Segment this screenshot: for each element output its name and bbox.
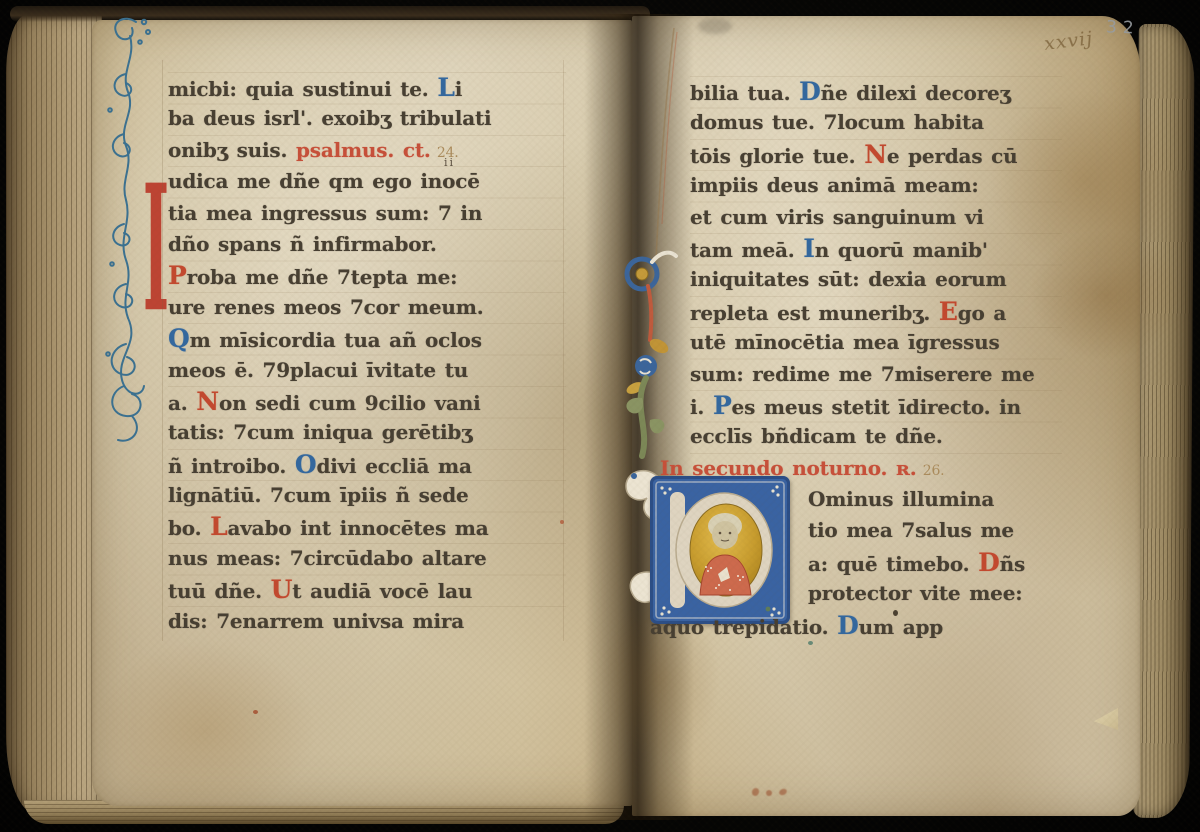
- body-text: ñs: [1000, 552, 1025, 576]
- svg-text:I: I: [143, 148, 169, 328]
- colored-initial: E: [939, 297, 958, 326]
- body-text: a: quē timebo.: [808, 552, 978, 576]
- manuscript-text-line: tōis glorie tue. Ne perdas cū: [690, 139, 1062, 170]
- body-text: sum: redime me 7miserere me: [690, 362, 1035, 386]
- manuscript-text-line: tio mea 7salus me: [808, 515, 1064, 546]
- colored-initial: L: [437, 73, 454, 102]
- offset-ink-mark: [766, 790, 772, 796]
- manuscript-text-line: Qm mīsicordia tua añ oclos: [168, 323, 566, 354]
- manuscript-text-line: dño spans ñ infirmabor.: [168, 229, 566, 260]
- manuscript-text-line: utē mīnocētia mea īgressus: [690, 327, 1062, 358]
- body-text: roba me dñe 7tepta me:: [187, 265, 458, 289]
- colored-initial: D: [799, 77, 820, 106]
- manuscript-text-line: et cum viris sanguinum vi: [690, 202, 1062, 233]
- manuscript-text-line: dis: 7enarrem univsa mira: [168, 606, 566, 637]
- body-text: ñe dilexi decoreʒ: [821, 81, 1011, 105]
- rubric-text: In secundo noturno. ʀ.: [660, 456, 917, 480]
- manuscript-text-line: i. Pes meus stetit īdirecto. in: [690, 390, 1062, 421]
- body-text: ñ introibo.: [168, 454, 295, 478]
- manuscript-text-line: ecclīs bñdicam te dñe.: [690, 421, 1062, 452]
- colored-initial: Q: [168, 324, 190, 353]
- body-text: t audiā vocē lau: [292, 579, 472, 603]
- manuscript-text-line: a. Non sedi cum 9cilio vani: [168, 386, 566, 417]
- interlinear-correction: ii: [444, 156, 455, 169]
- manuscript-text-line: aquo trepidatio. Dum app: [650, 610, 1070, 641]
- body-text: nus meas: 7circūdabo altare: [168, 546, 487, 570]
- body-text: iniquitates sūt: dexia eorum: [690, 267, 1006, 291]
- rubric-text: psalmus. ct.: [296, 138, 431, 162]
- colored-initial: P: [713, 391, 732, 420]
- folio-number-pencil: 32: [1106, 17, 1140, 38]
- body-text: tōis glorie tue.: [690, 144, 864, 168]
- body-text: micbi: quia sustinui te.: [168, 77, 437, 101]
- manuscript-text-line: onibʒ suis. psalmus. ct. 24.: [168, 135, 566, 166]
- colored-initial: D: [978, 548, 999, 577]
- manuscript-text-line: a: quē timebo. Dñs: [808, 547, 1064, 578]
- body-text: tio mea 7salus me: [808, 518, 1014, 542]
- body-text: Ominus illumina: [808, 487, 994, 511]
- manuscript-text-line: domus tue. 7locum habita: [690, 107, 1062, 138]
- body-text: go a: [958, 301, 1006, 325]
- manuscript-text-line: tam meā. In quorū manib': [690, 233, 1062, 264]
- manuscript-text-line: protector vite mee:: [808, 578, 1064, 609]
- manuscript-text-line: impiis deus animā meam:: [690, 170, 1062, 201]
- body-text: tam meā.: [690, 238, 803, 262]
- manuscript-text-line: In secundo noturno. ʀ. 26.: [660, 453, 1062, 484]
- body-text: bilia tua.: [690, 81, 799, 105]
- colored-initial: N: [196, 387, 219, 416]
- body-text: i.: [690, 395, 713, 419]
- body-text: a.: [168, 391, 196, 415]
- manuscript-text-line: nus meas: 7circūdabo altare: [168, 543, 566, 574]
- body-text: lignātiū. 7cum īpiis ñ sede: [168, 483, 469, 507]
- historiated-initial-D: D: [650, 476, 790, 624]
- marginal-number: 26.: [917, 463, 945, 479]
- body-text: tia mea ingressus sum: 7 in: [168, 201, 482, 225]
- body-text: impiis deus animā meam:: [690, 173, 979, 197]
- red-speck: [253, 710, 258, 714]
- body-text: ure renes meos 7cor meum.: [168, 295, 483, 319]
- manuscript-photo: I D: [0, 0, 1200, 832]
- body-text: i: [455, 77, 462, 101]
- manuscript-text-line: iniquitates sūt: dexia eorum: [690, 264, 1062, 295]
- manuscript-text-line: ba deus isrl'. exoibʒ tribulati: [168, 103, 566, 134]
- teal-speck: [808, 641, 813, 645]
- right-text-column-beside-initial: Ominus illuminatio mea 7salus mea: quē t…: [808, 484, 1064, 610]
- body-text: ba deus isrl'. exoibʒ tribulati: [168, 106, 491, 130]
- body-text: repleta est muneribʒ.: [690, 301, 939, 325]
- body-text: on sedi cum 9cilio vani: [219, 391, 481, 415]
- colored-initial: P: [168, 261, 187, 290]
- body-text: aquo trepidatio.: [650, 615, 837, 639]
- manuscript-text-line: Proba me dñe 7tepta me:: [168, 260, 566, 291]
- body-text: m mīsicordia tua añ oclos: [190, 328, 482, 352]
- colored-initial: L: [210, 512, 227, 541]
- body-text: n quorū manib': [815, 238, 988, 262]
- manuscript-text-line: sum: redime me 7miserere me: [690, 359, 1062, 390]
- manuscript-text-line: ure renes meos 7cor meum.: [168, 292, 566, 323]
- body-text: udica me dñe qm ego inocē: [168, 169, 480, 193]
- body-text: meos ē. 79placui īvitate tu: [168, 358, 468, 382]
- body-text: avabo int innocētes ma: [228, 516, 489, 540]
- manuscript-text-line: Ominus illumina: [808, 484, 1064, 515]
- body-text: dño spans ñ infirmabor.: [168, 232, 437, 256]
- body-text: tuū dñe.: [168, 579, 271, 603]
- body-text: et cum viris sanguinum vi: [690, 205, 984, 229]
- body-text: e perdas cū: [887, 144, 1018, 168]
- book-left-page-edges: [6, 14, 102, 814]
- body-text: protector vite mee:: [808, 581, 1022, 605]
- manuscript-text-line: ñ introibo. Odivi eccliā ma: [168, 449, 566, 480]
- marginal-plume-line: [636, 24, 696, 264]
- body-text: es meus stetit īdirecto. in: [732, 395, 1021, 419]
- manuscript-text-line: bilia tua. Dñe dilexi decoreʒ: [690, 76, 1062, 107]
- body-text: onibʒ suis.: [168, 138, 296, 162]
- manuscript-text-line: tia mea ingressus sum: 7 in: [168, 198, 566, 229]
- smudge: [698, 18, 732, 34]
- manuscript-text-line: repleta est muneribʒ. Ego a: [690, 296, 1062, 327]
- body-text: dis: 7enarrem univsa mira: [168, 609, 464, 633]
- body-text: ecclīs bñdicam te dñe.: [690, 424, 943, 448]
- right-text-column-upper: bilia tua. Dñe dilexi decoreʒdomus tue. …: [690, 76, 1062, 484]
- colored-initial: U: [271, 575, 293, 604]
- colored-initial: O: [295, 450, 317, 479]
- body-text: domus tue. 7locum habita: [690, 110, 984, 134]
- manuscript-text-line: bo. Lavabo int innocētes ma: [168, 511, 566, 542]
- body-text: tatis: 7cum iniqua gerētibʒ: [168, 420, 472, 444]
- left-text-column: micbi: quia sustinui te. Liba deus isrl'…: [168, 72, 566, 637]
- right-text-line-below-initial: aquo trepidatio. Dum app: [650, 610, 1070, 641]
- manuscript-text-line: meos ē. 79placui īvitate tu: [168, 355, 566, 386]
- manuscript-text-line: micbi: quia sustinui te. Li: [168, 72, 566, 103]
- body-text: um app: [859, 615, 943, 639]
- body-text: bo.: [168, 516, 210, 540]
- manuscript-text-line: lignātiū. 7cum īpiis ñ sede: [168, 480, 566, 511]
- body-text: divi eccliā ma: [316, 454, 471, 478]
- colored-initial: N: [864, 140, 887, 169]
- body-text: utē mīnocētia mea īgressus: [690, 330, 1000, 354]
- manuscript-text-line: tatis: 7cum iniqua gerētibʒ: [168, 417, 566, 448]
- colored-initial: I: [803, 234, 815, 263]
- book-fore-edge: [1133, 24, 1195, 818]
- manuscript-text-line: tuū dñe. Ut audiā vocē lau: [168, 574, 566, 605]
- colored-initial: D: [837, 611, 858, 640]
- manuscript-text-line: udica me dñe qm ego inocē: [168, 166, 566, 197]
